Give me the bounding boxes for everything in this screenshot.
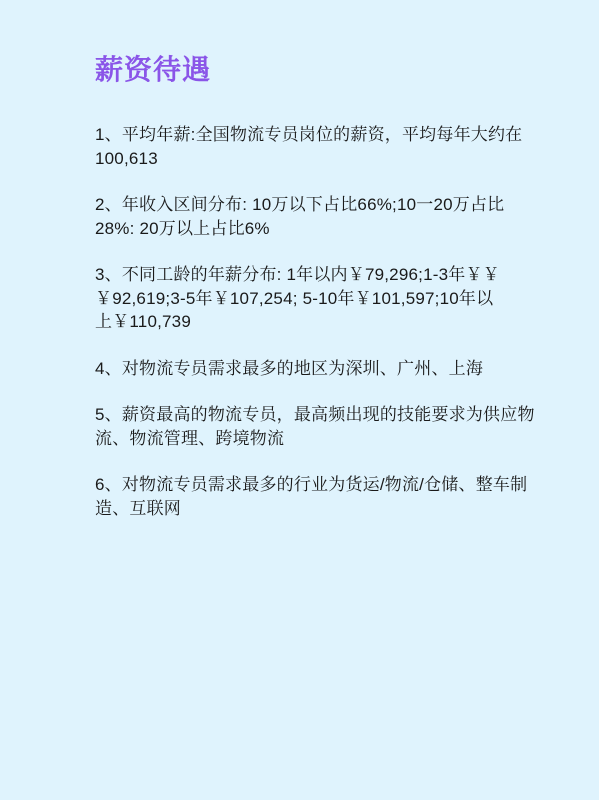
list-item-income-distribution: 2、年收入区间分布: 10万以下占比66%;10一20万占比 28%: 20万以… (95, 193, 535, 240)
salary-info-list: 1、平均年薪:全国物流专员岗位的薪资，平均每年大约在 100,613 2、年收入… (95, 123, 535, 520)
list-item-line: 3、不同工龄的年薪分布: 1年以内￥79,296;1-3年￥￥ (95, 263, 535, 287)
page-title: 薪资待遇 (95, 52, 599, 87)
list-item-line: 5、薪资最高的物流专员，最高频出现的技能要求为供应物 (95, 403, 535, 427)
list-item-line: 6、对物流专员需求最多的行业为货运/物流/仓储、整车制 (95, 473, 535, 497)
list-item-line: 28%: 20万以上占比6% (95, 217, 535, 241)
list-item-line: 2、年收入区间分布: 10万以下占比66%;10一20万占比 (95, 193, 535, 217)
list-item-line: 1、平均年薪:全国物流专员岗位的薪资，平均每年大约在 (95, 123, 535, 147)
list-item-line: 上￥110,739 (95, 310, 535, 334)
list-item-top-skills: 5、薪资最高的物流专员，最高频出现的技能要求为供应物 流、物流管理、跨境物流 (95, 403, 535, 450)
list-item-top-industries: 6、对物流专员需求最多的行业为货运/物流/仓储、整车制 造、互联网 (95, 473, 535, 520)
list-item-line: 造、互联网 (95, 497, 535, 521)
list-item-top-regions: 4、对物流专员需求最多的地区为深圳、广州、上海 (95, 357, 535, 381)
list-item-average-salary: 1、平均年薪:全国物流专员岗位的薪资，平均每年大约在 100,613 (95, 123, 535, 170)
list-item-line: 100,613 (95, 147, 535, 171)
list-item-line: ￥92,619;3-5年￥107,254; 5-10年￥101,597;10年以 (95, 287, 535, 311)
list-item-salary-by-experience: 3、不同工龄的年薪分布: 1年以内￥79,296;1-3年￥￥ ￥92,619;… (95, 263, 535, 334)
document-page: 薪资待遇 1、平均年薪:全国物流专员岗位的薪资，平均每年大约在 100,613 … (0, 0, 599, 800)
list-item-line: 4、对物流专员需求最多的地区为深圳、广州、上海 (95, 357, 535, 381)
list-item-line: 流、物流管理、跨境物流 (95, 427, 535, 451)
